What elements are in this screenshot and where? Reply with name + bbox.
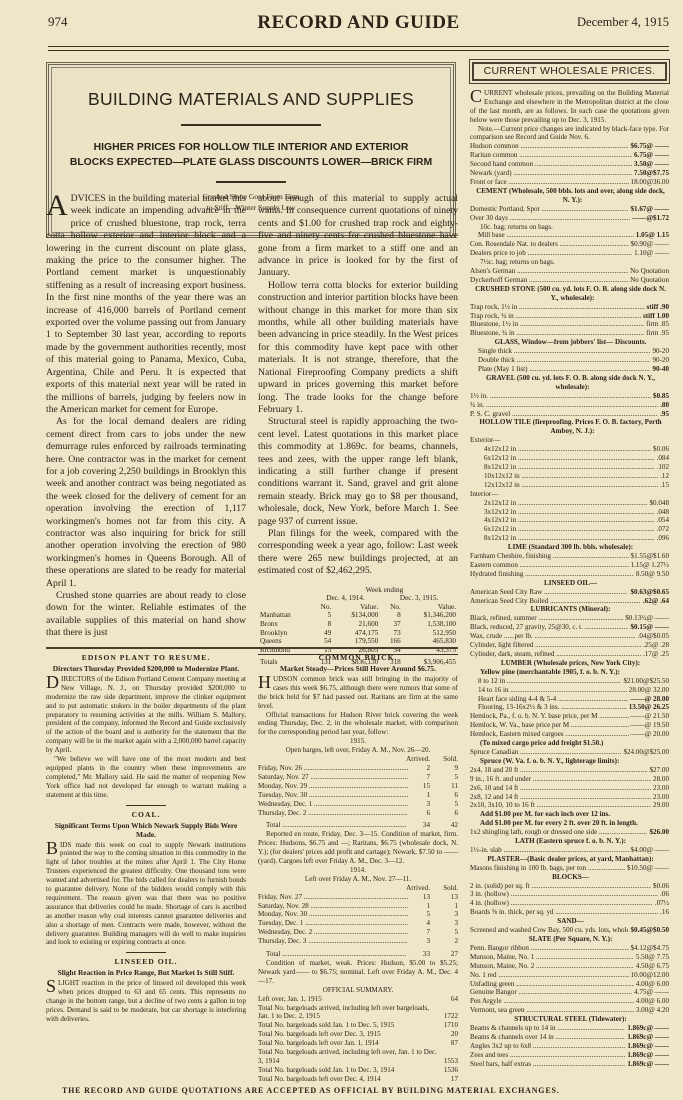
summary-row: Total No. bargeloads sold Jan. 1 to Dec.…	[258, 1066, 458, 1075]
price-value: 1.10@ ——	[632, 249, 669, 258]
price-note: Spruce (W. Va. f. o. b. N. Y., lighterag…	[470, 757, 669, 766]
barge-row: Saturday, Nov. 2811	[258, 902, 458, 911]
price-value: $0.15@ ——	[628, 623, 669, 632]
summary-row: Total No. bargeloads arrived, including …	[258, 1004, 458, 1022]
price-row: Con. Rosendale Nat. to dealers$0.90@ ——	[470, 240, 669, 249]
price-row: 8x12x12 in.102	[470, 463, 669, 472]
price-value: .096	[655, 534, 669, 543]
price-note: Interior—	[470, 490, 669, 499]
price-row: Trap rock, 1½ instiff .90	[470, 303, 669, 312]
brick-heading: COMMON BRICK.	[258, 654, 458, 663]
price-section-title: LUMBER (Wholesale prices, New York City)…	[470, 659, 669, 668]
price-value: 90-40	[650, 365, 669, 374]
price-label: 2x8, 12 and 14 ft	[470, 793, 651, 802]
price-value: $26.00	[647, 828, 669, 837]
divider	[126, 805, 166, 806]
price-value: $0.06	[651, 445, 669, 454]
price-value: 6.75@ ——	[632, 151, 669, 160]
price-value: $24.00@$25.00	[621, 748, 669, 757]
price-label: 3x12x12 in	[484, 508, 655, 517]
article-paragraph: about enough of this material to supply …	[258, 193, 458, 280]
price-value: 1.15@ 1.27½	[629, 561, 669, 570]
price-label: Hemlock, Pa., f. o. b. N. Y. base price,…	[470, 712, 629, 721]
price-value: $0.90@ ——	[629, 240, 669, 249]
price-row: Hudson common$6.75@ ——	[470, 142, 669, 151]
price-label: Screened and washed Cow Bay, 500 cu. yds…	[470, 926, 628, 935]
price-row: Newark (yard)7.50@$7.75	[470, 169, 669, 178]
price-label: Plate (May 1 list)	[478, 365, 650, 374]
price-value: .80	[658, 401, 669, 410]
price-row: Cylinder, light filtered.25@ .28	[470, 641, 669, 650]
plan-cell: Queens	[258, 637, 311, 646]
summary-label: Total No. bargeloads sold Jan. 1 to Dec.…	[258, 1066, 442, 1075]
price-value: $0.06	[651, 882, 669, 891]
price-label: Steel bars, half extras	[470, 1060, 625, 1069]
price-section-title: SAND—	[470, 917, 669, 926]
price-label: 1x2 shingling lath, rough or dressed one…	[470, 828, 647, 837]
price-label: Over 30 days	[470, 214, 630, 223]
price-row: Dyckerhoff GermanNo Quotation	[470, 276, 669, 285]
summary-label: Total No. bargeloads left over Dec. 3, 1…	[258, 1030, 449, 1039]
price-value: .07½	[653, 899, 669, 908]
publication-title: RECORD AND GUIDE	[48, 12, 669, 34]
price-label: American Seed City Boiled	[470, 597, 641, 606]
price-row: 12x12x12 in.15	[470, 481, 669, 490]
price-row: 2x4, 18 and 20 ft$27.00	[470, 766, 669, 775]
price-label: Trap rock, ¾ in	[470, 312, 641, 321]
price-value: stiff 1.00	[641, 312, 669, 321]
price-row: 3 in. (hollow).06	[470, 890, 669, 899]
header-rule	[48, 46, 669, 51]
price-label: Masons finishing in 100 lb. bags, per to…	[470, 864, 625, 873]
plan-cell: $134,000	[333, 611, 380, 620]
price-label: Farnham Cheshire, finishing	[470, 552, 629, 561]
price-label: 2x12x12 in	[484, 499, 647, 508]
summary-label: Total No. bargeloads left over Jan. 1, 1…	[258, 1039, 449, 1048]
coal-subheading: Significant Terms Upon Which Newark Supp…	[46, 821, 246, 839]
price-note: Add $1.00 per M. for every 2 ft. over 20…	[470, 819, 669, 828]
day-label: Saturday, Nov. 28	[258, 902, 408, 911]
arrived-count: 1	[408, 791, 430, 800]
price-value: 28.00	[651, 775, 669, 784]
price-row: Raritan common6.75@ ——	[470, 151, 669, 160]
price-label: Black, refined, summer	[470, 614, 623, 623]
price-label: Flooring, 13-16x2½ & 3 ins.	[478, 703, 627, 712]
plan-cell: 54	[311, 637, 333, 646]
price-row: Beams & channels up to 14 in1.869c@ ——	[470, 1024, 669, 1033]
article-paragraph: As for the local demand dealers are ridi…	[46, 416, 246, 590]
price-row: 9 in., 16 ft. and under28.00	[470, 775, 669, 784]
price-value: 4.00@ 6.00	[634, 997, 669, 1006]
plan-cell: $1,346,200	[403, 611, 458, 620]
price-row: Zees and tees1.869c@ ——	[470, 1051, 669, 1060]
price-label: 14 to 16 in	[478, 686, 627, 695]
price-value: $6.75@ ——	[628, 142, 669, 151]
sold-count: 5	[430, 773, 458, 782]
price-value: $1.55@$1.60	[629, 552, 669, 561]
price-row: 4x12x12 in.054	[470, 516, 669, 525]
price-label: Bluestone, 1½ in	[470, 320, 644, 329]
price-row: 8 to 12 in$21.00@$25.50	[470, 677, 669, 686]
price-row: Eastern common1.15@ 1.27½	[470, 561, 669, 570]
leftover-note: Left over Friday A. M., Nov. 27—11.	[258, 875, 458, 884]
price-row: Bluestone, 1½ infirm .85	[470, 320, 669, 329]
price-row: American Seed City Raw$0.63@$0.65	[470, 588, 669, 597]
sold-count: 9	[430, 764, 458, 773]
price-label: Mill base	[478, 231, 634, 240]
price-row: Genuine Bangor4.75@ ——	[470, 988, 669, 997]
price-value: stiff .90	[645, 303, 669, 312]
price-row: 1½-in. slab$4.00@ ——	[470, 846, 669, 855]
price-row: Hemlock, Eastern mixed cargoes——@ 20.00	[470, 730, 669, 739]
plan-cell: Bronx	[258, 620, 311, 629]
price-value: 8.50@ 9.50	[634, 570, 669, 579]
price-section-title: CRUSHED STONE (500 cu. yd. lots F. O. B.…	[470, 285, 669, 303]
linseed-heading: LINSEED OIL.	[46, 958, 246, 967]
price-row: Pen Argyle4.00@ 6.00	[470, 997, 669, 1006]
summary-row: Total No. bargeloads left over Jan. 1, 1…	[258, 1039, 458, 1048]
day-label: Friday, Nov. 27	[258, 893, 408, 902]
price-label: Pen Argyle	[470, 997, 634, 1006]
price-value: $0.63@$0.65	[628, 588, 669, 597]
price-note: 7½c. bag; returns on bags.	[470, 258, 669, 267]
banner-title: BUILDING MATERIALS AND SUPPLIES	[49, 89, 453, 110]
sold-count: 2	[430, 937, 458, 946]
price-note: Add $1.00 per M. for each inch over 12 i…	[470, 810, 669, 819]
price-row: Trap rock, ¾ instiff 1.00	[470, 312, 669, 321]
price-row: American Seed City Boiled.62@ .64	[470, 597, 669, 606]
barge-table-1915: Friday, Nov. 2629Saturday, Nov. 2775Mond…	[258, 764, 458, 817]
sold-count: 6	[430, 791, 458, 800]
sold-count: 5	[430, 800, 458, 809]
price-row: Spruce Canadian$24.00@$25.00	[470, 748, 669, 757]
price-label: 4x12x12 in	[484, 445, 651, 454]
column-headers: Arrived.Sold.	[258, 755, 458, 764]
price-label: ¾ in.	[470, 401, 658, 410]
plan-cell: 49	[311, 629, 333, 638]
plan-row: Queens54179,550166465,830	[258, 637, 458, 646]
price-label: Heart face siding 4-4 & 5-4	[478, 695, 628, 704]
arrived-count: 6	[408, 809, 430, 818]
price-value: 1.869c@ ——	[625, 1033, 669, 1042]
main-article-column-2: about enough of this material to supply …	[258, 193, 458, 667]
price-value: ——@$1.72	[630, 214, 669, 223]
price-value: $0.048	[647, 499, 669, 508]
summary-value: 20	[449, 1030, 458, 1039]
price-value: ——@ 28.00	[628, 695, 669, 704]
article-paragraph: Plan filings for the week, compared with…	[258, 528, 458, 578]
sold-count: 11	[430, 782, 458, 791]
price-label: Boards ⅝ in. thick, per sq. yd	[470, 908, 658, 917]
leftover-note: Open barges, left over, Friday A. M., No…	[258, 746, 458, 755]
price-section-title: PLASTER—(Basic dealer prices, at yard, M…	[470, 855, 669, 864]
price-row: Beams & channels over 14 in1.869c@ ——	[470, 1033, 669, 1042]
price-section-title: SLATE (Per Square, N. Y.):	[470, 935, 669, 944]
price-value: 4.00@ 6.00	[634, 980, 669, 989]
price-label: Raritan common	[470, 151, 632, 160]
summary-row: Total No. bargeloads arrived, including …	[258, 1048, 458, 1066]
day-label: Thursday, Dec. 3	[258, 937, 408, 946]
price-value: 1.05@ 1.15	[634, 231, 669, 240]
summary-label: Total No. bargeloads sold Jan. 1 to Dec.…	[258, 1021, 442, 1030]
price-value: 1.869c@ ——	[625, 1042, 669, 1051]
price-label: 2 in. (solid) per sq. ft	[470, 882, 651, 891]
day-label: Monday, Nov. 30	[258, 910, 408, 919]
summary-label: Total No. bargeloads arrived, including …	[258, 1004, 442, 1022]
price-value: .15	[658, 481, 669, 490]
plan-cell: 73	[380, 629, 402, 638]
barge-table-1914: Friday, Nov. 271313Saturday, Nov. 2811Mo…	[258, 893, 458, 946]
price-row: 14 to 16 in28.00@ 32.00	[470, 686, 669, 695]
price-note: Yellow pine (merchantable 1905, f. o. b.…	[470, 668, 669, 677]
price-value: 23.00	[651, 784, 669, 793]
price-label: Hudson common	[470, 142, 628, 151]
price-label: Munson, Maine, No. 1	[470, 953, 634, 962]
plan-cell: 5	[311, 611, 333, 620]
price-label: Beams & channels over 14 in	[470, 1033, 625, 1042]
price-value: .95	[658, 410, 669, 419]
arrived-count: 3	[408, 800, 430, 809]
plan-row: Manhattan5$134,0008$1,346,200	[258, 611, 458, 620]
running-header: 974 RECORD AND GUIDE December 4, 1915	[48, 12, 669, 34]
barge-row: Wednesday, Dec. 275	[258, 928, 458, 937]
wholesale-prices-column: CURRENT WHOLESALE PRICES. CURRENT wholes…	[470, 62, 669, 1069]
price-value: 29.00	[651, 801, 669, 810]
price-label: Vermont, sea green	[470, 1006, 634, 1015]
day-label: Monday, Nov. 29	[258, 782, 408, 791]
plan-cell: Brooklyn	[258, 629, 311, 638]
price-label: 4 in. (hollow)	[470, 899, 653, 908]
price-value: .06	[658, 890, 669, 899]
price-row: Munson, Maine, No. 24.50@ 6.75	[470, 962, 669, 971]
price-value: .072	[655, 525, 669, 534]
price-value: $0.85	[651, 392, 669, 401]
price-value: .054	[655, 516, 669, 525]
price-section-title: LUBRICANTS (Mineral):	[470, 605, 669, 614]
arrived-count: 3	[408, 937, 430, 946]
total-row-1915: Total3442	[258, 821, 458, 830]
price-row: Alsen's GermanNo Quotation	[470, 267, 669, 276]
price-row: 2x10, 3x10, 10 to 16 ft29.00	[470, 801, 669, 810]
brick-subheading: Market Steady—Prices Still Hover Around …	[258, 664, 458, 673]
sold-count: 13	[430, 893, 458, 902]
barge-row: Monday, Nov. 291511	[258, 782, 458, 791]
price-label: Alsen's German	[470, 267, 628, 276]
sold-count: 3	[430, 910, 458, 919]
price-value: ——@ 19.50	[629, 721, 669, 730]
divider	[126, 952, 166, 953]
common-brick-column: COMMON BRICK. Market Steady—Prices Still…	[258, 654, 458, 1084]
price-value: $4.12@$4.75	[629, 944, 669, 953]
day-label: Wednesday, Dec. 1	[258, 800, 408, 809]
summary-value: 1710	[442, 1021, 458, 1030]
price-value: .25@ .28	[641, 641, 669, 650]
price-note: (To mixed cargo price add freight $1.50.…	[470, 739, 669, 748]
plan-cell: 179,550	[333, 637, 380, 646]
price-value: .16	[658, 908, 669, 917]
price-value: 5.50@ 7.75	[634, 953, 669, 962]
price-section-title: HOLLOW TILE (fireproofing. Prices F. O. …	[470, 418, 669, 436]
official-summary: Left over, Jan. 1, 191564Total No. barge…	[258, 995, 458, 1084]
price-label: Unfading green	[470, 980, 634, 989]
footer-note: THE RECORD AND GUIDE QUOTATIONS ARE ACCE…	[62, 1086, 560, 1095]
price-label: 10x12x12 in	[484, 472, 658, 481]
price-value: 10.00@12.00	[629, 971, 669, 980]
summary-label: Total No. bargeloads arrived, including …	[258, 1048, 442, 1066]
price-label: Domestic Portland, Spot	[470, 205, 628, 214]
price-label: Double thick	[478, 356, 650, 365]
price-row: Single thick90-20	[470, 347, 669, 356]
price-label: 8 to 12 in	[478, 677, 621, 686]
price-label: 3 in. (hollow)	[470, 890, 658, 899]
price-section-title: GLASS, Window—from jobbers' list— Discou…	[470, 338, 669, 347]
summary-value: 1536	[442, 1066, 458, 1075]
price-row: Black, reduced, 27 gravity, 25@30, c. t.…	[470, 623, 669, 632]
price-value: .17@ .25	[641, 650, 669, 659]
sold-count: 6	[430, 809, 458, 818]
price-value: No Quotation	[628, 267, 669, 276]
price-label: Hemlock, Eastern mixed cargoes	[470, 730, 629, 739]
price-value: 1.869c@ ——	[625, 1024, 669, 1033]
price-label: Dealers price to job	[470, 249, 632, 258]
total-row-1914: Total3327	[258, 950, 458, 959]
summary-value: 64	[449, 995, 458, 1004]
price-label: 9 in., 16 ft. and under	[470, 775, 651, 784]
price-label: Con. Rosendale Nat. to dealers	[470, 240, 629, 249]
price-label: Penn. Bangor ribbon	[470, 944, 629, 953]
summary-row: Left over, Jan. 1, 191564	[258, 995, 458, 1004]
price-row: 2x6, 10 and 14 ft23.00	[470, 784, 669, 793]
price-label: Cylinder, dark, steam, refined	[470, 650, 641, 659]
price-section-title: STRUCTURAL STEEL (Tidewater):	[470, 1015, 669, 1024]
plan-cell: 8	[380, 611, 402, 620]
sold-count: 5	[430, 928, 458, 937]
day-label: Wednesday, Dec. 2	[258, 928, 408, 937]
price-row: Unfading green4.00@ 6.00	[470, 980, 669, 989]
plan-cell: 1,538,100	[403, 620, 458, 629]
price-value: 90-20	[650, 347, 669, 356]
market-notes-1914: Condition of market, weak. Prices: Hudso…	[258, 959, 458, 986]
price-label: 2x10, 3x10, 10 to 16 ft	[470, 801, 651, 810]
edison-heading: EDISON PLANT TO RESUME.	[46, 654, 246, 663]
arrived-count: 15	[408, 782, 430, 791]
price-row: Masons finishing in 100 lb. bags, per to…	[470, 864, 669, 873]
summary-row: Total No. bargeloads left over Dec. 3, 1…	[258, 1030, 458, 1039]
banner-subhead-2: BLOCKS EXPECTED—PLATE GLASS DISCOUNTS LO…	[49, 155, 453, 170]
price-value: 3.00@ 4.20	[634, 1006, 669, 1015]
price-row: Steel bars, half extras1.869c@ ——	[470, 1060, 669, 1069]
plan-cell: 512,950	[403, 629, 458, 638]
price-value: 23.00	[651, 793, 669, 802]
plan-cell: 21,600	[333, 620, 380, 629]
price-value: .102	[655, 463, 669, 472]
price-row: 4x12x12 in$0.06	[470, 445, 669, 454]
day-label: Friday, Nov. 26	[258, 764, 408, 773]
price-row: ¾ in..80	[470, 401, 669, 410]
price-label: Single thick	[478, 347, 650, 356]
price-row: Front or face18.00@36.00	[470, 178, 669, 187]
price-row: Black, refined, summer$0.13½@ ——	[470, 614, 669, 623]
day-label: Saturday, Nov. 27	[258, 773, 408, 782]
price-value: firm .95	[644, 329, 669, 338]
sold-count: 1	[430, 902, 458, 911]
price-value: .12	[658, 472, 669, 481]
plan-cell: 166	[380, 637, 402, 646]
price-row: Dealers price to job1.10@ ——	[470, 249, 669, 258]
price-label: P. S. C. gravel	[470, 410, 658, 419]
price-value: 90-20	[650, 356, 669, 365]
price-row: P. S. C. gravel.95	[470, 410, 669, 419]
article-paragraph: ADVICES in the building material market …	[46, 193, 246, 416]
lower-left-column: EDISON PLANT TO RESUME. Directors Thursd…	[46, 654, 246, 1024]
price-row: Hemlock, W. Va., base price per M——@ 19.…	[470, 721, 669, 730]
plan-cell: Manhattan	[258, 611, 311, 620]
price-row: Boards ⅝ in. thick, per sq. yd.16	[470, 908, 669, 917]
plan-cell: 37	[380, 620, 402, 629]
edison-paragraph: DIRECTORS of the Edison Portland Cement …	[46, 675, 246, 755]
summary-label: Left over, Jan. 1, 1915	[258, 995, 449, 1004]
price-value: 7.50@$7.75	[632, 169, 669, 178]
price-row: Bluestone, ¾ infirm .95	[470, 329, 669, 338]
price-row: Hydrated finishing8.50@ 9.50	[470, 570, 669, 579]
day-label: Tuesday, Dec. 1	[258, 919, 408, 928]
price-label: 8x12x12 in	[484, 534, 655, 543]
banner-divider-2	[216, 181, 286, 183]
issue-date: December 4, 1915	[577, 15, 669, 30]
price-row: Plate (May 1 list)90-40	[470, 365, 669, 374]
newspaper-page: 974 RECORD AND GUIDE December 4, 1915 BU…	[0, 0, 683, 1100]
brick-paragraph: HUDSON common brick was still bringing i…	[258, 675, 458, 711]
price-section-title: LATH (Eastern spruce f. o. b. N. Y.):	[470, 837, 669, 846]
column-headers: Arrived.Sold.	[258, 884, 458, 893]
price-value: .62@ .64	[641, 597, 669, 606]
price-row: 1½ in.$0.85	[470, 392, 669, 401]
price-row: 2 in. (solid) per sq. ft$0.06	[470, 882, 669, 891]
summary-row: Total No. bargeloads left over Dec. 4, 1…	[258, 1075, 458, 1084]
sold-count: 3	[430, 919, 458, 928]
price-value: 28.00@ 32.00	[627, 686, 669, 695]
price-label: Wax, crude ......per lb.	[470, 632, 636, 641]
price-row: Domestic Portland, Spot$1.67@ ——	[470, 205, 669, 214]
price-value: $27.00	[647, 766, 669, 775]
price-label: Black, reduced, 27 gravity, 25@30, c. t.	[470, 623, 628, 632]
price-value: 4.50@ 6.75	[634, 962, 669, 971]
summary-row: Total No. bargeloads sold Jan. 1 to Dec.…	[258, 1021, 458, 1030]
article-paragraph: Hollow terra cotta blocks for exterior b…	[258, 280, 458, 416]
price-value: $0.45@$0.50	[628, 926, 669, 935]
summary-value: 1553	[442, 1057, 458, 1066]
price-value: 3.50@ ——	[632, 160, 669, 169]
price-note: Exterior—	[470, 436, 669, 445]
price-label: Cylinder, light filtered	[470, 641, 641, 650]
price-value: No Quotation	[628, 276, 669, 285]
price-row: Heart face siding 4-4 & 5-4——@ 28.00	[470, 695, 669, 704]
price-value: ——@ 20.00	[629, 730, 669, 739]
arrived-count: 7	[408, 928, 430, 937]
price-section-title: BLOCKS—	[470, 873, 669, 882]
plan-row: Bronx821,600371,538,100	[258, 620, 458, 629]
summary-label: Total No. bargeloads left over Dec. 4, 1…	[258, 1075, 449, 1084]
price-label: 12x12x12 in	[484, 481, 658, 490]
price-value: .048	[655, 508, 669, 517]
price-row: Mill base1.05@ 1.15	[470, 231, 669, 240]
price-value: 18.00@36.00	[629, 178, 669, 187]
arrived-count: 5	[408, 910, 430, 919]
price-label: Angles 3x2 up to 6x8	[470, 1042, 625, 1051]
day-label: Thursday, Dec. 2	[258, 809, 408, 818]
price-label: 6x12x12 in	[484, 525, 655, 534]
price-label: 2x6, 10 and 14 ft	[470, 784, 651, 793]
